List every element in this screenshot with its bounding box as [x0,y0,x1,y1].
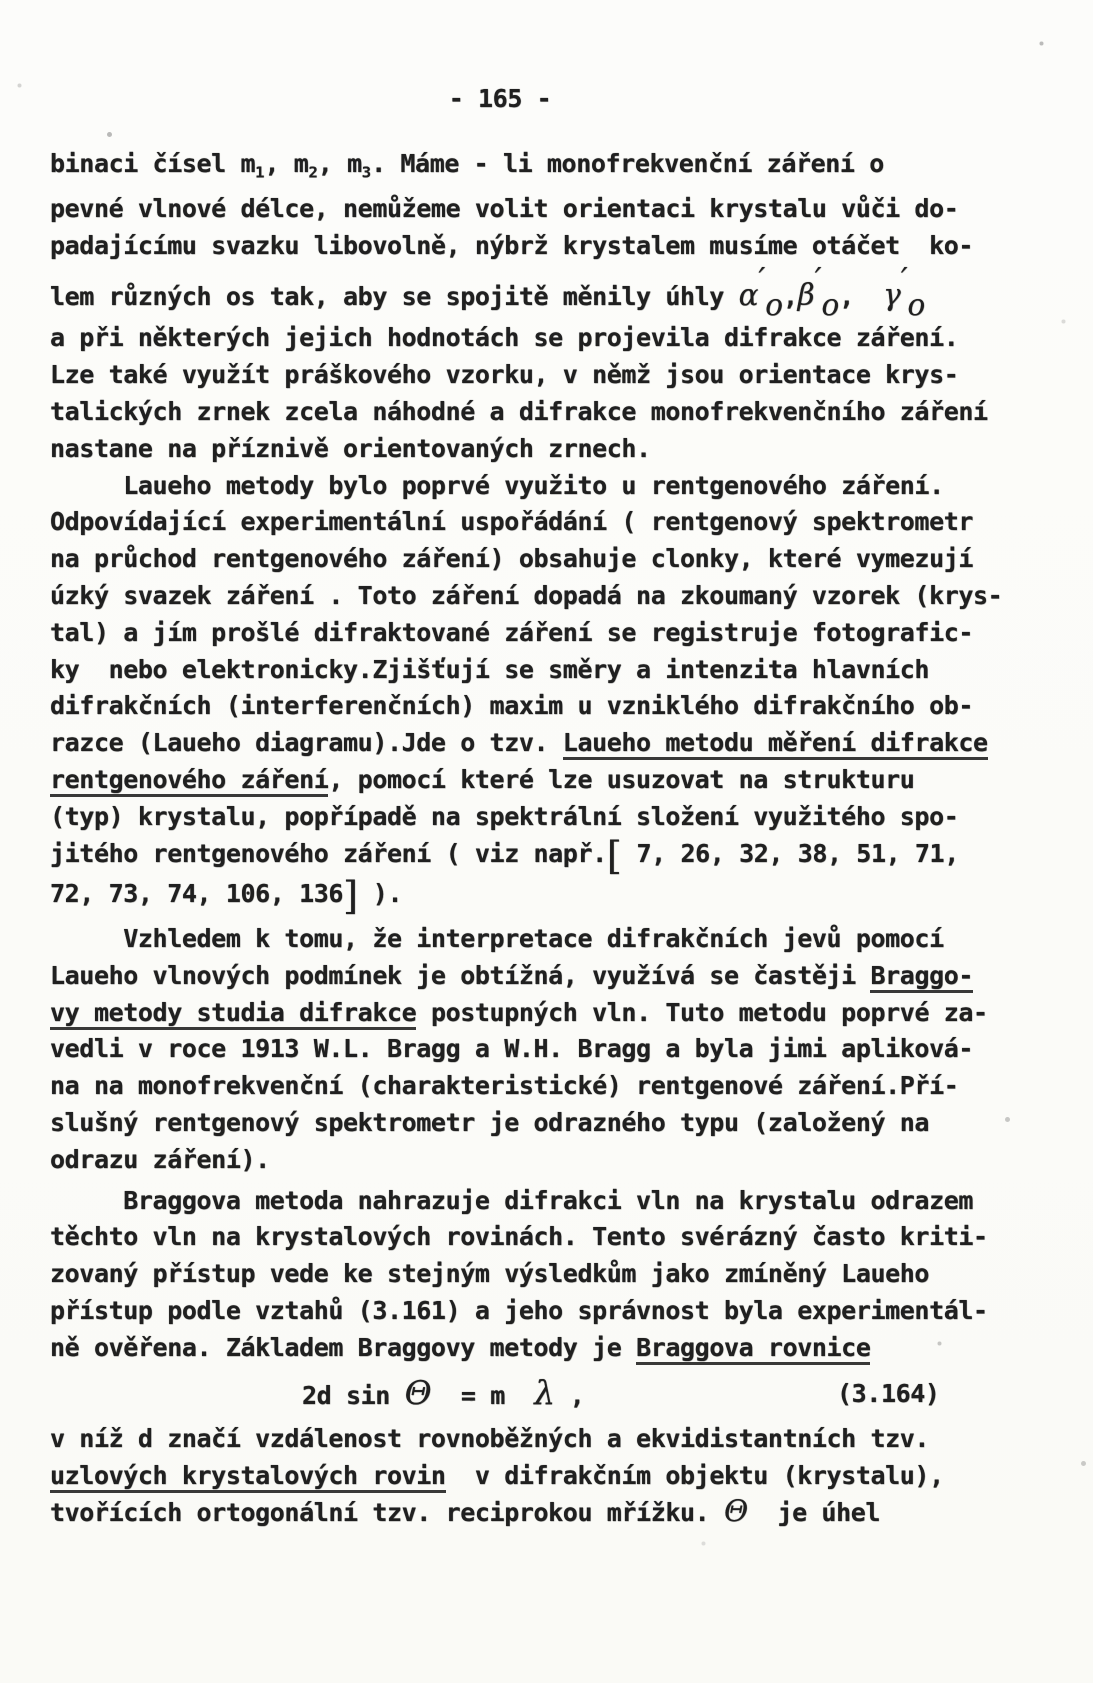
text-segment: ). [358,879,402,908]
page-number: - 165 - [0,84,1000,113]
text-segment: v difrakčním objektu (krystalu), [446,1461,944,1490]
subscript: 2 [308,163,317,181]
text-segment: , pomocí které lze usuzovat na strukturu [328,765,914,794]
citation-bracket: [ [607,834,622,879]
greek-symbol: ′ [901,262,908,296]
text-segment: , [783,282,798,311]
text-segment: slušný rentgenový spektrometr je odrazné… [50,1108,929,1137]
text-segment: pevné vlnové délce, nemůžeme volit orien… [50,194,958,223]
equation-line: 2d sin Θ = m λ ,(3.164) [50,1376,1060,1415]
text-segment: tal) a jím prošlé difraktované záření se… [50,618,973,647]
text-segment: nastane na příznivě orientovaných zrnech… [50,434,651,463]
text-segment: odrazu záření). [50,1145,270,1174]
underlined-term: vy metody studia difrakce [50,998,416,1030]
text-line: 72, 73, 74, 106, 136] ). [50,876,1060,917]
text-segment: ky nebo elektronicky.Zjišťují se směry a… [50,655,929,684]
text-line: razce (Laueho diagramu).Jde o tzv. Laueh… [50,725,1060,762]
scanned-document-page: - 165 - binaci čísel m1, m2, m3. Máme - … [0,0,1093,1683]
text-line: zovaný přístup vede ke stejným výsledkům… [50,1256,1060,1293]
text-line: Vzhledem k tomu, že interpretace difrakč… [50,921,1060,958]
text-segment: Vzhledem k tomu, že interpretace difrakč… [50,924,944,953]
text-line: a při některých jejich hodnotách se proj… [50,320,1060,357]
text-line: Braggova metoda nahrazuje difrakci vln n… [50,1183,1060,1220]
text-segment: Lze také využít práškového vzorku, v něm… [50,360,958,389]
text-segment: , m [318,149,362,178]
text-segment: přístup podle vztahů (3.161) a jeho sprá… [50,1296,988,1325]
text-line: vy metody studia difrakce postupných vln… [50,995,1060,1032]
text-segment: vedli v roce 1913 W.L. Bragg a W.H. Brag… [50,1034,973,1063]
text-segment: binaci čísel m [50,149,255,178]
underlined-term: Braggo- [870,961,973,993]
text-line: rentgenového záření, pomocí které lze us… [50,762,1060,799]
text-line: (typ) krystalu, popřípadě na spektrální … [50,799,1060,836]
text-segment: ně ověřena. Základem Braggovy metody je [50,1333,636,1362]
text-line: Laueho metody bylo poprvé využito u rent… [50,468,1060,505]
greek-symbol: o [765,288,783,322]
text-segment: postupných vln. Tuto metodu poprvé za- [416,998,987,1027]
text-segment: Odpovídající experimentální uspořádání (… [50,507,973,536]
text-line: padajícímu svazku libovolně, nýbrž kryst… [50,228,1060,265]
greek-symbol: Θ [405,1373,432,1412]
text-segment: lem různých os tak, aby se spojitě měnil… [50,282,739,311]
text-line: lem různých os tak, aby se spojitě měnil… [50,265,1060,321]
text-segment: , [839,282,883,311]
greek-symbol: β [798,278,815,312]
text-line: těchto vln na krystalových rovinách. Ten… [50,1219,1060,1256]
text-segment: zovaný přístup vede ke stejným výsledkům… [50,1259,929,1288]
text-line: difrakčních (interferenčních) maxim u vz… [50,688,1060,725]
text-line: jitého rentgenového záření ( viz např.[ … [50,836,1060,877]
text-segment: Laueho metody bylo poprvé využito u rent… [50,471,944,500]
text-segment: (typ) krystalu, popřípadě na spektrální … [50,802,958,831]
text-segment: je úhel [748,1498,880,1527]
text-line: ně ověřena. Základem Braggovy metody je … [50,1330,1060,1367]
text-line: v níž d značí vzdálenost rovnoběžných a … [50,1421,1060,1458]
text-line: odrazu záření). [50,1142,1060,1179]
text-segment: razce (Laueho diagramu).Jde o tzv. [50,728,563,757]
text-line: tal) a jím prošlé difraktované záření se… [50,615,1060,652]
subscript: 3 [362,163,371,181]
greek-symbol: Θ [724,1494,748,1528]
text-line: úzký svazek záření . Toto záření dopadá … [50,578,1060,615]
text-segment: Braggova metoda nahrazuje difrakci vln n… [50,1186,973,1215]
text-line: uzlových krystalových rovin v difrakčním… [50,1458,1060,1495]
text-segment: jitého rentgenového záření ( viz např. [50,839,607,868]
text-segment: , m [264,149,308,178]
text-line: na průchod rentgenového záření) obsahuje… [50,541,1060,578]
text-segment: = m [432,1381,535,1410]
text-segment: difrakčních (interferenčních) maxim u vz… [50,691,973,720]
underlined-term: uzlových krystalových rovin [50,1461,446,1493]
text-segment: talických zrnek zcela náhodné a difrakce… [50,397,988,426]
text-line: Odpovídající experimentální uspořádání (… [50,504,1060,541]
text-line: vedli v roce 1913 W.L. Bragg a W.H. Brag… [50,1031,1060,1068]
greek-symbol: γ [883,278,901,312]
text-segment: 7, 26, 32, 38, 51, 71, [622,839,959,868]
text-line: přístup podle vztahů (3.161) a jeho sprá… [50,1293,1060,1330]
text-line: Laueho vlnových podmínek je obtížná, vyu… [50,958,1060,995]
equation-number: (3.164) [837,1376,940,1413]
text-segment: na průchod rentgenového záření) obsahuje… [50,544,973,573]
text-segment: a při některých jejich hodnotách se proj… [50,323,958,352]
text-line: nastane na příznivě orientovaných zrnech… [50,431,1060,468]
text-segment: , [555,1381,584,1410]
citation-bracket: ] [343,874,358,919]
greek-symbol: λ [534,1373,555,1412]
text-segment: padajícímu svazku libovolně, nýbrž kryst… [50,231,973,260]
text-line: slušný rentgenový spektrometr je odrazné… [50,1105,1060,1142]
text-line: na na monofrekvenční (charakteristické) … [50,1068,1060,1105]
text-line: ky nebo elektronicky.Zjišťují se směry a… [50,652,1060,689]
greek-symbol: o [821,288,839,322]
underlined-term: Braggova rovnice [636,1333,870,1365]
greek-symbol: o [908,288,926,322]
text-segment: 2d sin [302,1381,405,1410]
text-segment: Laueho vlnových podmínek je obtížná, vyu… [50,961,870,990]
bragg-equation: 2d sin Θ = m λ , [302,1381,584,1410]
text-segment: na na monofrekvenční (charakteristické) … [50,1071,958,1100]
text-segment: 72, 73, 74, 106, 136 [50,879,343,908]
text-line: binaci čísel m1, m2, m3. Máme - li monof… [50,146,1060,191]
greek-symbol: α [739,278,759,312]
underlined-term: rentgenového záření [50,765,328,797]
text-segment: těchto vln na krystalových rovinách. Ten… [50,1222,988,1251]
text-line: Lze také využít práškového vzorku, v něm… [50,357,1060,394]
text-block: binaci čísel m1, m2, m3. Máme - li monof… [50,146,1060,1532]
text-segment: tvořících ortogonální tzv. reciprokou mř… [50,1498,724,1527]
text-segment: v níž d značí vzdálenost rovnoběžných a … [50,1424,929,1453]
underlined-term: Laueho metodu měření difrakce [563,728,988,760]
scan-speckles [0,0,3,3]
text-line: pevné vlnové délce, nemůžeme volit orien… [50,191,1060,228]
text-segment: úzký svazek záření . Toto záření dopadá … [50,581,1002,610]
text-line: talických zrnek zcela náhodné a difrakce… [50,394,1060,431]
text-line: tvořících ortogonální tzv. reciprokou mř… [50,1495,1060,1532]
text-segment: . Máme - li monofrekvenční záření o [371,149,884,178]
